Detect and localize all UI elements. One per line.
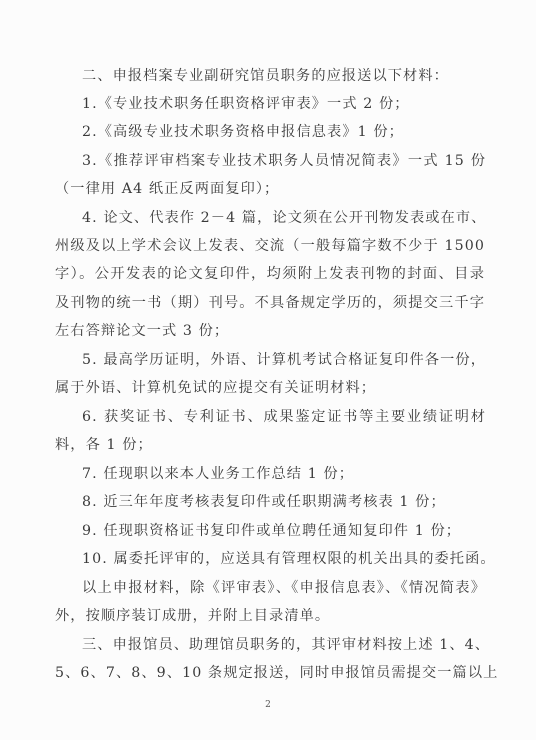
list-item-6-cont: 料，各 1 份； (55, 435, 485, 455)
list-item-3: 3.《推荐评审档案专业技术职务人员情况简表》一式 15 份 (82, 151, 486, 171)
section-heading-2: 二、申报档案专业副研究馆员职务的应报送以下材料： (82, 66, 486, 86)
document-page: 二、申报档案专业副研究馆员职务的应报送以下材料： 1.《专业技术职务任职资格评审… (0, 0, 536, 740)
list-item-7: 7. 任现职以来本人业务工作总结 1 份； (82, 464, 486, 484)
list-item-5-cont: 属于外语、计算机免试的应提交有关证明材料； (55, 378, 485, 398)
list-item-4-cont-3: 及刊物的统一书（期）刊号。不具备规定学历的，须提交三千字 (55, 293, 485, 313)
binding-note: 以上申报材料，除《评审表》、《申报信息表》、《情况简表》 (82, 578, 486, 598)
list-item-4-cont-1: 州级及以上学术会议上发表、交流（一般每篇字数不少于 1500 (55, 236, 485, 256)
list-item-2: 2.《高级专业技术职务资格申报信息表》1 份； (82, 122, 486, 142)
list-item-4-cont-4: 左右答辩论文一式 3 份； (55, 321, 485, 341)
section-3-cont: 5、6、7、8、9、10 条规定报送，同时申报馆员需提交一篇以上 (55, 663, 485, 683)
list-item-1: 1.《专业技术职务任职资格评审表》一式 2 份； (82, 94, 486, 114)
list-item-4: 4. 论文、代表作 2－4 篇，论文须在公开刊物发表或在市、 (82, 208, 486, 228)
list-item-8: 8. 近三年年度考核表复印件或任职期满考核表 1 份； (82, 492, 486, 512)
page-number: 2 (0, 700, 536, 710)
list-item-10: 10. 属委托评审的，应送具有管理权限的机关出具的委托函。 (82, 549, 486, 569)
list-item-6: 6. 获奖证书、专利证书、成果鉴定证书等主要业绩证明材 (82, 407, 486, 427)
binding-note-cont: 外，按顺序装订成册，并附上目录清单。 (55, 606, 485, 626)
list-item-4-cont-2: 字）。公开发表的论文复印件，均须附上发表刊物的封面、目录 (55, 264, 485, 284)
section-heading-3: 三、申报馆员、助理馆员职务的，其评审材料按上述 1、4、 (82, 635, 486, 655)
list-item-9: 9. 任现职资格证书复印件或单位聘任通知复印件 1 份； (82, 521, 486, 541)
list-item-3-cont: （一律用 A4 纸正反两面复印）； (55, 179, 485, 199)
list-item-5: 5. 最高学历证明，外语、计算机考试合格证复印件各一份， (82, 350, 486, 370)
